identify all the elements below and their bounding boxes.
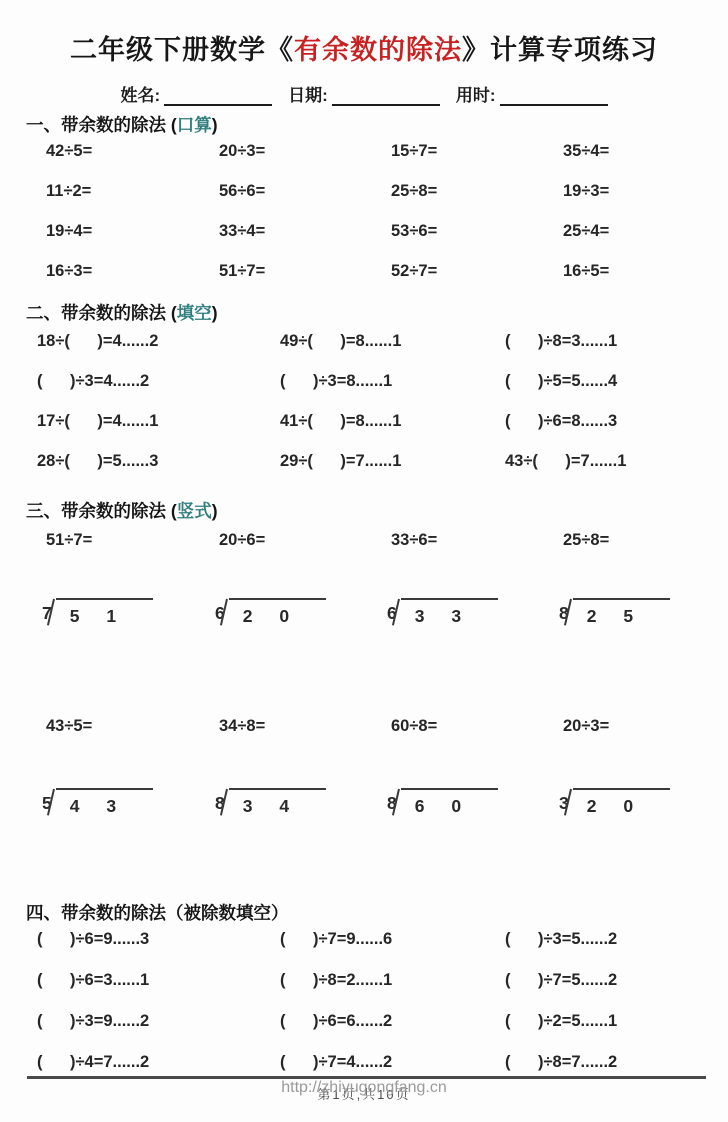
problem: 49÷( )=8......1 bbox=[280, 328, 505, 368]
section-4-heading-text: 四、带余数的除法 bbox=[26, 903, 166, 923]
problem: 18÷( )=4......2 bbox=[37, 328, 280, 368]
section-3-tag: 竖式 bbox=[177, 501, 212, 521]
long-division: 86 0 bbox=[387, 788, 559, 824]
section-2-problem-grid: 18÷( )=4......2 49÷( )=8......1 ( )÷8=3.… bbox=[0, 328, 728, 488]
problem: ( )÷3=8......1 bbox=[280, 368, 505, 408]
time-label: 用时: bbox=[456, 81, 496, 106]
section-3-division-row-1: 75 1 62 0 63 3 82 5 bbox=[0, 598, 728, 634]
division-bracket: 2 5 bbox=[573, 598, 670, 627]
title-open-quote: 《 bbox=[266, 35, 294, 65]
section-2-paren-close: ) bbox=[212, 303, 218, 323]
problem: 51÷7= bbox=[46, 528, 219, 552]
section-1-heading-text: 一、带余数的除法 bbox=[26, 115, 166, 135]
page-title: 二年级下册数学《有余数的除法》计算专项练习 bbox=[0, 28, 728, 67]
name-blank bbox=[164, 87, 272, 106]
section-3-problems-row-1: 51÷7= 20÷6= 33÷6= 25÷8= bbox=[0, 528, 728, 552]
problem: 20÷3= bbox=[219, 138, 391, 178]
problem: 25÷8= bbox=[563, 528, 728, 552]
long-division: 62 0 bbox=[215, 598, 387, 634]
section-3-heading: 三、带余数的除法 (竖式) bbox=[0, 500, 728, 522]
section-3-paren-open: ( bbox=[166, 501, 177, 521]
title-part1: 二年级下册数学 bbox=[70, 35, 266, 65]
time-blank bbox=[500, 87, 608, 106]
section-4-tag: 被除数填空 bbox=[184, 903, 272, 923]
date-label: 日期: bbox=[288, 81, 328, 106]
problem: 15÷7= bbox=[391, 138, 563, 178]
problem: 52÷7= bbox=[391, 258, 563, 298]
problem: 34÷8= bbox=[219, 714, 391, 738]
problem: 17÷( )=4......1 bbox=[37, 408, 280, 448]
problem: 25÷8= bbox=[391, 178, 563, 218]
section-4-problem-grid: ( )÷6=9......3 ( )÷7=9......6 ( )÷3=5...… bbox=[0, 926, 728, 1090]
problem: ( )÷6=9......3 bbox=[37, 926, 280, 967]
problem: ( )÷3=4......2 bbox=[37, 368, 280, 408]
problem: 43÷5= bbox=[46, 714, 219, 738]
problem: 29÷( )=7......1 bbox=[280, 448, 505, 488]
problem: 53÷6= bbox=[391, 218, 563, 258]
problem: ( )÷8=3......1 bbox=[505, 328, 720, 368]
problem: ( )÷8=2......1 bbox=[280, 967, 505, 1008]
problem: 28÷( )=5......3 bbox=[37, 448, 280, 488]
problem: ( )÷6=6......2 bbox=[280, 1008, 505, 1049]
problem: 16÷3= bbox=[46, 258, 219, 298]
problem: 60÷8= bbox=[391, 714, 563, 738]
section-1-heading: 一、带余数的除法 (口算) bbox=[0, 114, 728, 136]
section-3-problems-row-2: 43÷5= 34÷8= 60÷8= 20÷3= bbox=[0, 714, 728, 738]
problem: 41÷( )=8......1 bbox=[280, 408, 505, 448]
problem: 19÷4= bbox=[46, 218, 219, 258]
problem: 33÷4= bbox=[219, 218, 391, 258]
problem: 16÷5= bbox=[563, 258, 728, 298]
problem: 11÷2= bbox=[46, 178, 219, 218]
section-4-paren-close: ） bbox=[271, 903, 289, 923]
division-bracket: 2 0 bbox=[229, 598, 326, 627]
problem: 35÷4= bbox=[563, 138, 728, 178]
section-4-heading: 四、带余数的除法（被除数填空） bbox=[0, 902, 728, 924]
section-3-division-row-2: 54 3 83 4 86 0 32 0 bbox=[0, 788, 728, 824]
long-division: 75 1 bbox=[42, 598, 215, 634]
footer-watermark-url: http://zhiyugongfang.cn bbox=[0, 1079, 728, 1097]
long-division: 32 0 bbox=[559, 788, 724, 824]
section-2-tag: 填空 bbox=[177, 303, 212, 323]
section-2-heading: 二、带余数的除法 (填空) bbox=[0, 302, 728, 324]
problem: 51÷7= bbox=[219, 258, 391, 298]
long-division: 82 5 bbox=[559, 598, 724, 634]
division-bracket: 6 0 bbox=[401, 788, 498, 817]
name-label: 姓名: bbox=[120, 81, 160, 106]
date-blank bbox=[332, 87, 440, 106]
info-line: 姓名: 日期: 用时: bbox=[0, 84, 728, 106]
problem: 20÷6= bbox=[219, 528, 391, 552]
title-part2: 计算专项练习 bbox=[490, 35, 658, 65]
title-close-quote: 》 bbox=[462, 35, 490, 65]
long-division: 63 3 bbox=[387, 598, 559, 634]
section-1-tag: 口算 bbox=[177, 115, 212, 135]
problem: 33÷6= bbox=[391, 528, 563, 552]
division-bracket: 3 4 bbox=[229, 788, 326, 817]
division-bracket: 4 3 bbox=[56, 788, 153, 817]
section-1-paren-close: ) bbox=[212, 115, 218, 135]
problem: 25÷4= bbox=[563, 218, 728, 258]
section-3-heading-text: 三、带余数的除法 bbox=[26, 501, 166, 521]
section-1-problem-grid: 42÷5= 20÷3= 15÷7= 35÷4= 11÷2= 56÷6= 25÷8… bbox=[0, 138, 728, 298]
problem: 43÷( )=7......1 bbox=[505, 448, 720, 488]
problem: ( )÷6=3......1 bbox=[37, 967, 280, 1008]
division-bracket: 3 3 bbox=[401, 598, 498, 627]
section-4-paren-open: （ bbox=[166, 903, 184, 923]
problem: 56÷6= bbox=[219, 178, 391, 218]
problem: 19÷3= bbox=[563, 178, 728, 218]
problem: 42÷5= bbox=[46, 138, 219, 178]
division-bracket: 5 1 bbox=[56, 598, 153, 627]
problem: ( )÷7=5......2 bbox=[505, 967, 720, 1008]
division-bracket: 2 0 bbox=[573, 788, 670, 817]
problem: 20÷3= bbox=[563, 714, 728, 738]
problem: ( )÷3=5......2 bbox=[505, 926, 720, 967]
section-1-paren-open: ( bbox=[166, 115, 177, 135]
problem: ( )÷3=9......2 bbox=[37, 1008, 280, 1049]
section-2-heading-text: 二、带余数的除法 bbox=[26, 303, 166, 323]
title-highlight: 有余数的除法 bbox=[294, 35, 462, 65]
long-division: 83 4 bbox=[215, 788, 387, 824]
section-2-paren-open: ( bbox=[166, 303, 177, 323]
problem: ( )÷2=5......1 bbox=[505, 1008, 720, 1049]
problem: ( )÷5=5......4 bbox=[505, 368, 720, 408]
section-3-paren-close: ) bbox=[212, 501, 218, 521]
problem: ( )÷7=9......6 bbox=[280, 926, 505, 967]
problem: ( )÷6=8......3 bbox=[505, 408, 720, 448]
worksheet-page: 二年级下册数学《有余数的除法》计算专项练习 姓名: 日期: 用时: 一、带余数的… bbox=[0, 0, 728, 1122]
long-division: 54 3 bbox=[42, 788, 215, 824]
